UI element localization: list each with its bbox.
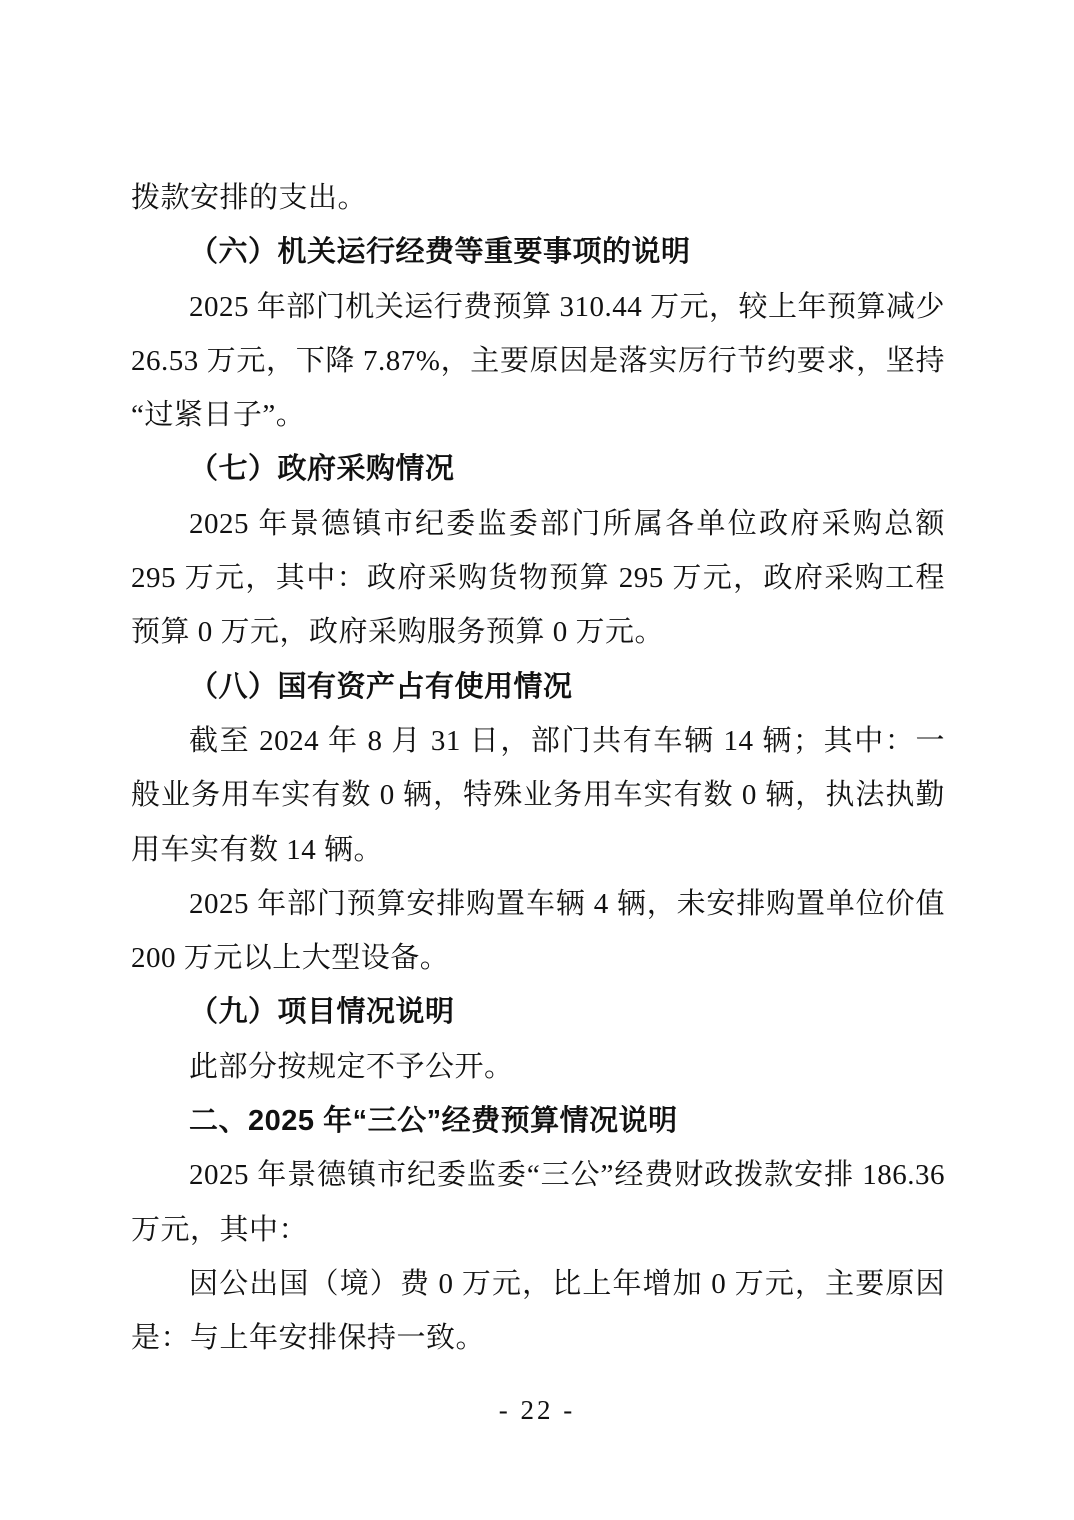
section-heading: （七）政府采购情况	[131, 442, 945, 496]
document-body: 拨款安排的支出。（六）机关运行经费等重要事项的说明2025 年部门机关运行费预算…	[131, 171, 945, 1366]
body-paragraph: 2025 年景德镇市纪委监委“三公”经费财政拨款安排 186.36 万元，其中：	[131, 1148, 945, 1257]
body-paragraph: 截至 2024 年 8 月 31 日，部门共有车辆 14 辆；其中：一般业务用车…	[131, 714, 945, 877]
body-paragraph: 因公出国（境）费 0 万元，比上年增加 0 万元，主要原因是：与上年安排保持一致…	[131, 1257, 945, 1366]
body-paragraph: 2025 年部门预算安排购置车辆 4 辆，未安排购置单位价值 200 万元以上大…	[131, 877, 945, 986]
body-paragraph: 2025 年部门机关运行费预算 310.44 万元，较上年预算减少 26.53 …	[131, 280, 945, 443]
body-paragraph: 2025 年景德镇市纪委监委部门所属各单位政府采购总额 295 万元，其中：政府…	[131, 497, 945, 660]
page-number: - 22 -	[499, 1395, 575, 1425]
section-heading: （八）国有资产占有使用情况	[131, 660, 945, 714]
body-paragraph-continued: 拨款安排的支出。	[131, 171, 945, 225]
page-footer: - 22 -	[0, 1393, 1074, 1427]
body-paragraph: 此部分按规定不予公开。	[131, 1040, 945, 1094]
document-page: 拨款安排的支出。（六）机关运行经费等重要事项的说明2025 年部门机关运行费预算…	[0, 0, 1074, 1520]
section-heading: （六）机关运行经费等重要事项的说明	[131, 225, 945, 279]
section-heading: （九）项目情况说明	[131, 985, 945, 1039]
chapter-heading: 二、2025 年“三公”经费预算情况说明	[131, 1094, 945, 1148]
